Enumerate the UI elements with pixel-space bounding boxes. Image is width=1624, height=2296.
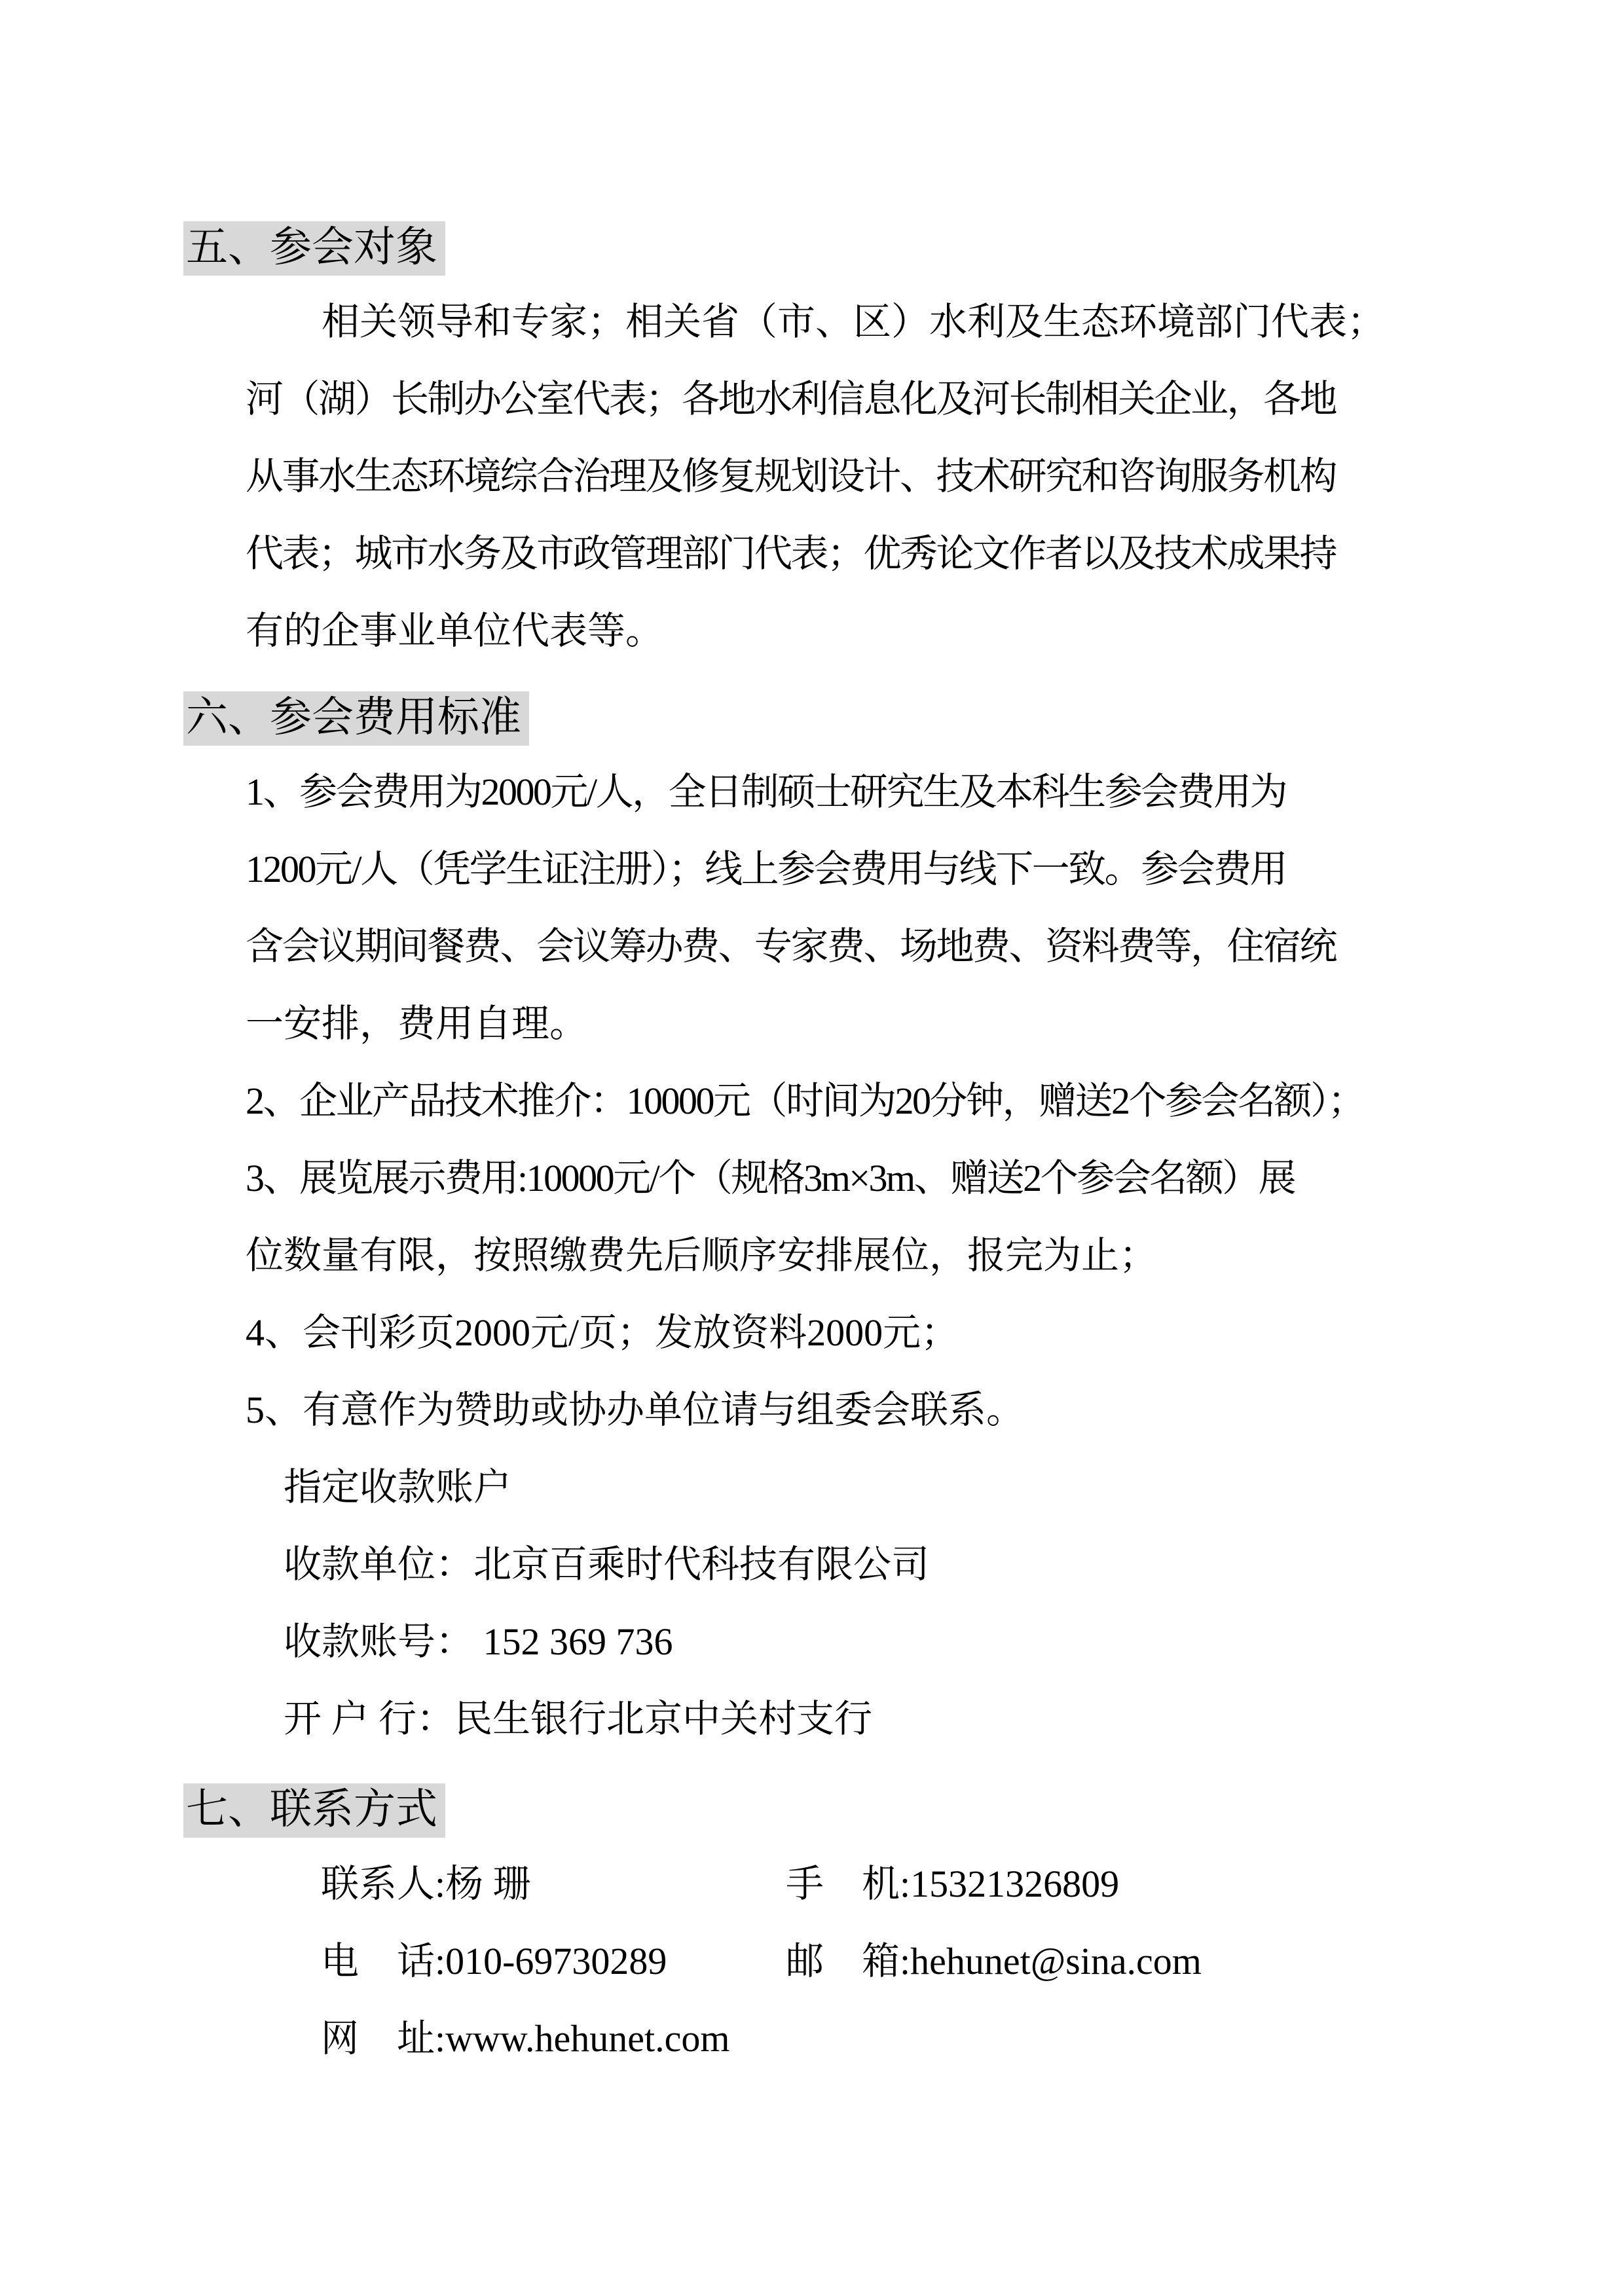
body-line: 有的企事业单位代表等。 <box>246 592 1378 670</box>
section-heading-text: 七、联系方式 <box>183 1783 445 1838</box>
body-line: 代表；城市水务及市政管理部门代表；优秀论文作者以及技术成果持 <box>246 515 1378 592</box>
body-line: 1200元/人（凭学生证注册）；线上参会费用与线下一致。参会费用 <box>246 831 1378 908</box>
body-line: 指定收款账户 <box>246 1449 1378 1526</box>
paragraph: 5、有意作为赞助或协办单位请与组委会联系。 <box>246 1372 1378 1449</box>
section-heading-text: 六、参会费用标准 <box>183 691 529 746</box>
contact-block: 联系人:杨 珊手 机:15321326809电 话:010-69730289邮 … <box>246 1846 1378 2077</box>
paragraph: 2、企业产品技术推介：10000元（时间为20分钟，赠送2个参会名额）； <box>246 1063 1378 1140</box>
body-line: 3、展览展示费用:10000元/个（规格3m×3m、赠送2个参会名额）展 <box>246 1140 1378 1217</box>
section-heading-text: 五、参会对象 <box>183 221 445 276</box>
contact-row: 网 址:www.hehunet.com <box>246 2000 1378 2077</box>
body-line: 开 户 行：民生银行北京中关村支行 <box>246 1681 1378 1758</box>
body-line: 收款单位：北京百乘时代科技有限公司 <box>246 1526 1378 1603</box>
body-line: 4、会刊彩页2000元/页；发放资料2000元； <box>246 1294 1378 1372</box>
paragraph: 相关领导和专家；相关省（市、区）水利及生态环境部门代表；河（湖）长制办公室代表；… <box>246 283 1378 670</box>
body-line: 5、有意作为赞助或协办单位请与组委会联系。 <box>246 1372 1378 1449</box>
section-heading-participants: 五、参会对象 <box>183 211 1378 283</box>
contact-row: 电 话:010-69730289邮 箱:hehunet@sina.com <box>246 1923 1378 2000</box>
contact-row: 联系人:杨 珊手 机:15321326809 <box>246 1846 1378 1923</box>
body-line: 含会议期间餐费、会议筹办费、专家费、场地费、资料费等，住宿统 <box>246 908 1378 985</box>
contact-right: 手 机:15321326809 <box>786 1846 1119 1923</box>
body-line: 一安排，费用自理。 <box>246 985 1378 1063</box>
paragraph: 3、展览展示费用:10000元/个（规格3m×3m、赠送2个参会名额）展位数量有… <box>246 1140 1378 1294</box>
contact-left: 电 话:010-69730289 <box>321 1923 786 2000</box>
contact-right: 邮 箱:hehunet@sina.com <box>786 1923 1202 2000</box>
paragraph: 1、参会费用为2000元/人，全日制硕士研究生及本科生参会费用为1200元/人（… <box>246 754 1378 1063</box>
paragraph: 4、会刊彩页2000元/页；发放资料2000元； <box>246 1294 1378 1372</box>
section-participants: 五、参会对象相关领导和专家；相关省（市、区）水利及生态环境部门代表；河（湖）长制… <box>183 211 1378 670</box>
body-line: 收款账号： 152 369 736 <box>246 1603 1378 1681</box>
section-heading-contact: 七、联系方式 <box>183 1774 1378 1846</box>
contact-left: 网 址:www.hehunet.com <box>321 2000 786 2077</box>
body-line: 位数量有限，按照缴费先后顺序安排展位，报完为止； <box>246 1217 1378 1294</box>
document-page: 五、参会对象相关领导和专家；相关省（市、区）水利及生态环境部门代表；河（湖）长制… <box>0 0 1624 2296</box>
body-line: 从事水生态环境综合治理及修复规划设计、技术研究和咨询服务机构 <box>246 438 1378 515</box>
body-line: 河（湖）长制办公室代表；各地水利信息化及河长制相关企业，各地 <box>246 361 1378 438</box>
body-line: 1、参会费用为2000元/人，全日制硕士研究生及本科生参会费用为 <box>246 754 1378 831</box>
section-heading-fees: 六、参会费用标准 <box>183 682 1378 754</box>
body-line: 相关领导和专家；相关省（市、区）水利及生态环境部门代表； <box>246 283 1378 361</box>
paragraph: 指定收款账户收款单位：北京百乘时代科技有限公司收款账号： 152 369 736… <box>246 1449 1378 1758</box>
body-line: 2、企业产品技术推介：10000元（时间为20分钟，赠送2个参会名额）； <box>246 1063 1378 1140</box>
contact-left: 联系人:杨 珊 <box>321 1846 786 1923</box>
section-fees: 六、参会费用标准1、参会费用为2000元/人，全日制硕士研究生及本科生参会费用为… <box>183 682 1378 1758</box>
section-contact: 七、联系方式联系人:杨 珊手 机:15321326809电 话:010-6973… <box>183 1774 1378 2077</box>
